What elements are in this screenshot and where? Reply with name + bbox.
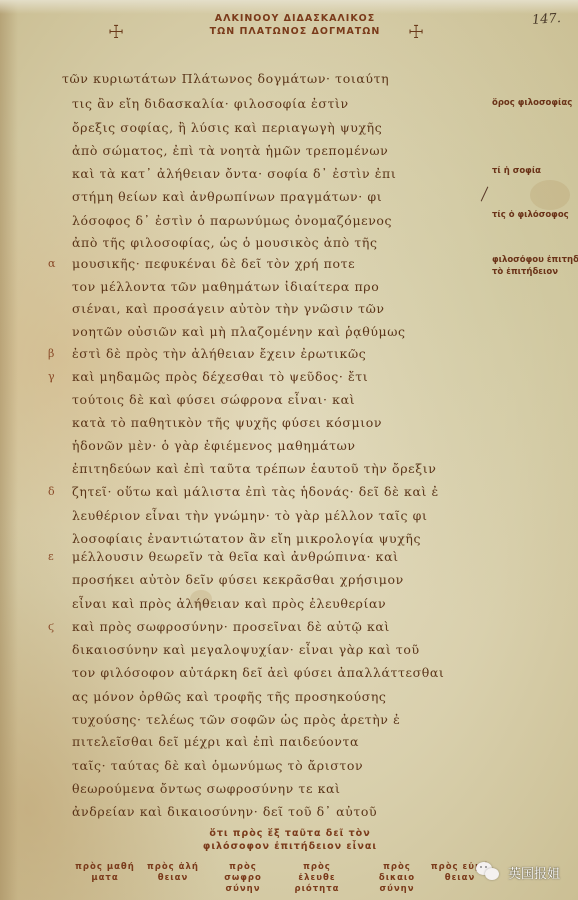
virtue-line: σύνην [367,884,427,895]
manuscript-line: εἶναι καὶ πρὸς ἀλήθειαν καὶ πρὸς ἐλευθερ… [72,593,482,615]
manuscript-line: ας μόνον ὀρθῶς καὶ τροφῆς τῆς προσηκούση… [72,686,482,708]
manuscript-line: τούτοις δὲ καὶ φύσει σώφρονα εἶναι· καὶ [72,389,482,411]
virtue-line: ριότητα [287,884,347,895]
manuscript-line: νοητῶν οὐσιῶν καὶ μὴ πλαζομένην καὶ ῥᾳθύ… [72,321,482,343]
manuscript-line: κατὰ τὸ παθητικὸν τῆς ψυχῆς φύσει κόσμιο… [72,412,482,434]
manuscript-line: ἀπὸ σώματος, ἐπὶ τὰ νοητὰ ἡμῶν τρεπομένω… [72,140,482,162]
marginal-note: φιλοσόφου ἐπιτηδεύματα [492,255,578,266]
manuscript-text: τῶν κυριωτάτων Πλάτωνος δογμάτων· τοιαύτ… [0,0,578,900]
manuscript-line: προσήκει αὐτὸν δεῖν φύσει κεκρᾶσθαι χρήσ… [72,569,482,591]
manuscript-line: ἐπιτηδεύων καὶ ἐπὶ ταῦτα τρέπων ἑαυτοῦ τ… [72,458,482,480]
manuscript-line: πιτελεῖσθαι δεῖ μέχρι καὶ ἐπὶ παιδεύοντα [72,731,482,753]
marginal-note: ὅρος φιλοσοφίας [492,98,578,109]
watermark: 英国报姐 [476,862,560,882]
virtues-list: πρὸς μαθή ματα πρὸς ἀλή θειαν πρὸς σωφρο… [75,862,475,898]
virtue-line: σύνην [213,884,273,895]
virtue-item: πρὸς μαθή ματα [75,862,135,884]
manuscript-line: ἡδονῶν μὲν· ὁ γὰρ ἐφιέμενος μαθημάτων [72,435,482,457]
marginal-note: τί ἡ σοφία [492,166,578,177]
virtue-line: πρὸς σωφρο [213,862,273,884]
manuscript-line: τις ἂν εἴη διδασκαλία· φιλοσοφία ἐστὶν [72,93,482,115]
section-numeral: δ [48,481,55,503]
colophon: ὅτι πρὸς ἕξ ταῦτα δεῖ τὸν φιλόσοφον ἐπιτ… [170,827,410,853]
virtue-line: ματα [75,873,135,884]
manuscript-line: καὶ τὰ κατ᾽ ἀλήθειαν ὄντα· σοφία δ᾽ ἐστὶ… [72,163,482,185]
section-numeral: β [48,343,54,365]
manuscript-line: τον φιλόσοφον αὐτάρκη δεῖ ἀεὶ φύσει ἀπαλ… [72,662,482,684]
manuscript-line: λευθέριον εἶναι τὴν γνώμην· τὸ γὰρ μέλλο… [72,505,482,527]
manuscript-line: μουσικῆς· πεφυκέναι δὲ δεῖ τὸν χρή ποτε [72,253,482,275]
manuscript-line: στήμη θείων καὶ ἀνθρωπίνων πραγμάτων· φι [72,186,482,208]
virtue-line: πρὸς δικαιο [367,862,427,884]
manuscript-line: λόσοφος δ᾽ ἐστὶν ὁ παρωνύμως ὀνομαζόμενο… [72,210,482,232]
manuscript-line: δικαιοσύνην καὶ μεγαλοψυχίαν· εἶναι γὰρ … [72,639,482,661]
section-numeral: ε [48,546,54,568]
manuscript-line: ἀνδρείαν καὶ δικαιοσύνην· δεῖ τοῦ δ᾽ αὐτ… [72,801,482,823]
manuscript-line: ταῖς· ταύτας δὲ καὶ ὁμωνύμως τὸ ἄριστον [72,755,482,777]
virtue-line: πρὸς ἀλή [143,862,203,873]
section-numeral: α [48,253,55,275]
colophon-line-1: ὅτι πρὸς ἕξ ταῦτα δεῖ τὸν [170,827,410,840]
marginal-note: τὸ ἐπιτήδειον [492,267,578,278]
manuscript-line: τῶν κυριωτάτων Πλάτωνος δογμάτων· τοιαύτ… [62,68,482,90]
manuscript-line: ζητεῖ· οὕτω καὶ μάλιστα ἐπὶ τὰς ἡδονάς· … [72,481,482,503]
section-numeral: γ [48,366,55,388]
manuscript-line: σιέναι, καὶ προσάγειν αὐτὸν τὴν γνῶσιν τ… [72,298,482,320]
virtue-item: πρὸς σωφρο σύνην [213,862,273,895]
virtue-line: πρὸς ἐλευθε [287,862,347,884]
wechat-icon [476,862,502,882]
virtue-line: θειαν [143,873,203,884]
watermark-text: 英国报姐 [508,863,560,882]
colophon-line-2: φιλόσοφον ἐπιτήδειον εἶναι [170,840,410,853]
virtue-item: πρὸς ἐλευθε ριότητα [287,862,347,895]
virtue-item: πρὸς ἀλή θειαν [143,862,203,884]
manuscript-line: ἐστὶ δὲ πρὸς τὴν ἀλήθειαν ἔχειν ἐρωτικῶς [72,343,482,365]
manuscript-line: καὶ πρὸς σωφροσύνην· προσεῖναι δὲ αὐτῷ κ… [72,616,482,638]
manuscript-line: τυχούσης· τελέως τῶν σοφῶν ὡς πρὸς ἀρετὴ… [72,709,482,731]
virtue-item: πρὸς δικαιο σύνην [367,862,427,895]
manuscript-line: θεωρούμενα ὄντως σωφροσύνην τε καὶ [72,778,482,800]
manuscript-line: τον μέλλοντα τῶν μαθημάτων ἰδιαίτερα προ [72,276,482,298]
manuscript-line: μέλλουσιν θεωρεῖν τὰ θεῖα καὶ ἀνθρώπινα·… [72,546,482,568]
section-numeral: ϛ [48,616,54,638]
manuscript-line: ὄρεξις σοφίας, ἢ λύσις καὶ περιαγωγὴ ψυχ… [72,117,482,139]
marginal-note: τίς ὁ φιλόσοφος [492,210,578,221]
manuscript-line: καὶ μηδαμῶς πρὸς δέχεσθαι τὸ ψεῦδος· ἔτι [72,366,482,388]
manuscript-line: ἀπὸ τῆς φιλοσοφίας, ὡς ὁ μουσικὸς ἀπὸ τῆ… [72,232,482,254]
virtue-line: πρὸς μαθή [75,862,135,873]
